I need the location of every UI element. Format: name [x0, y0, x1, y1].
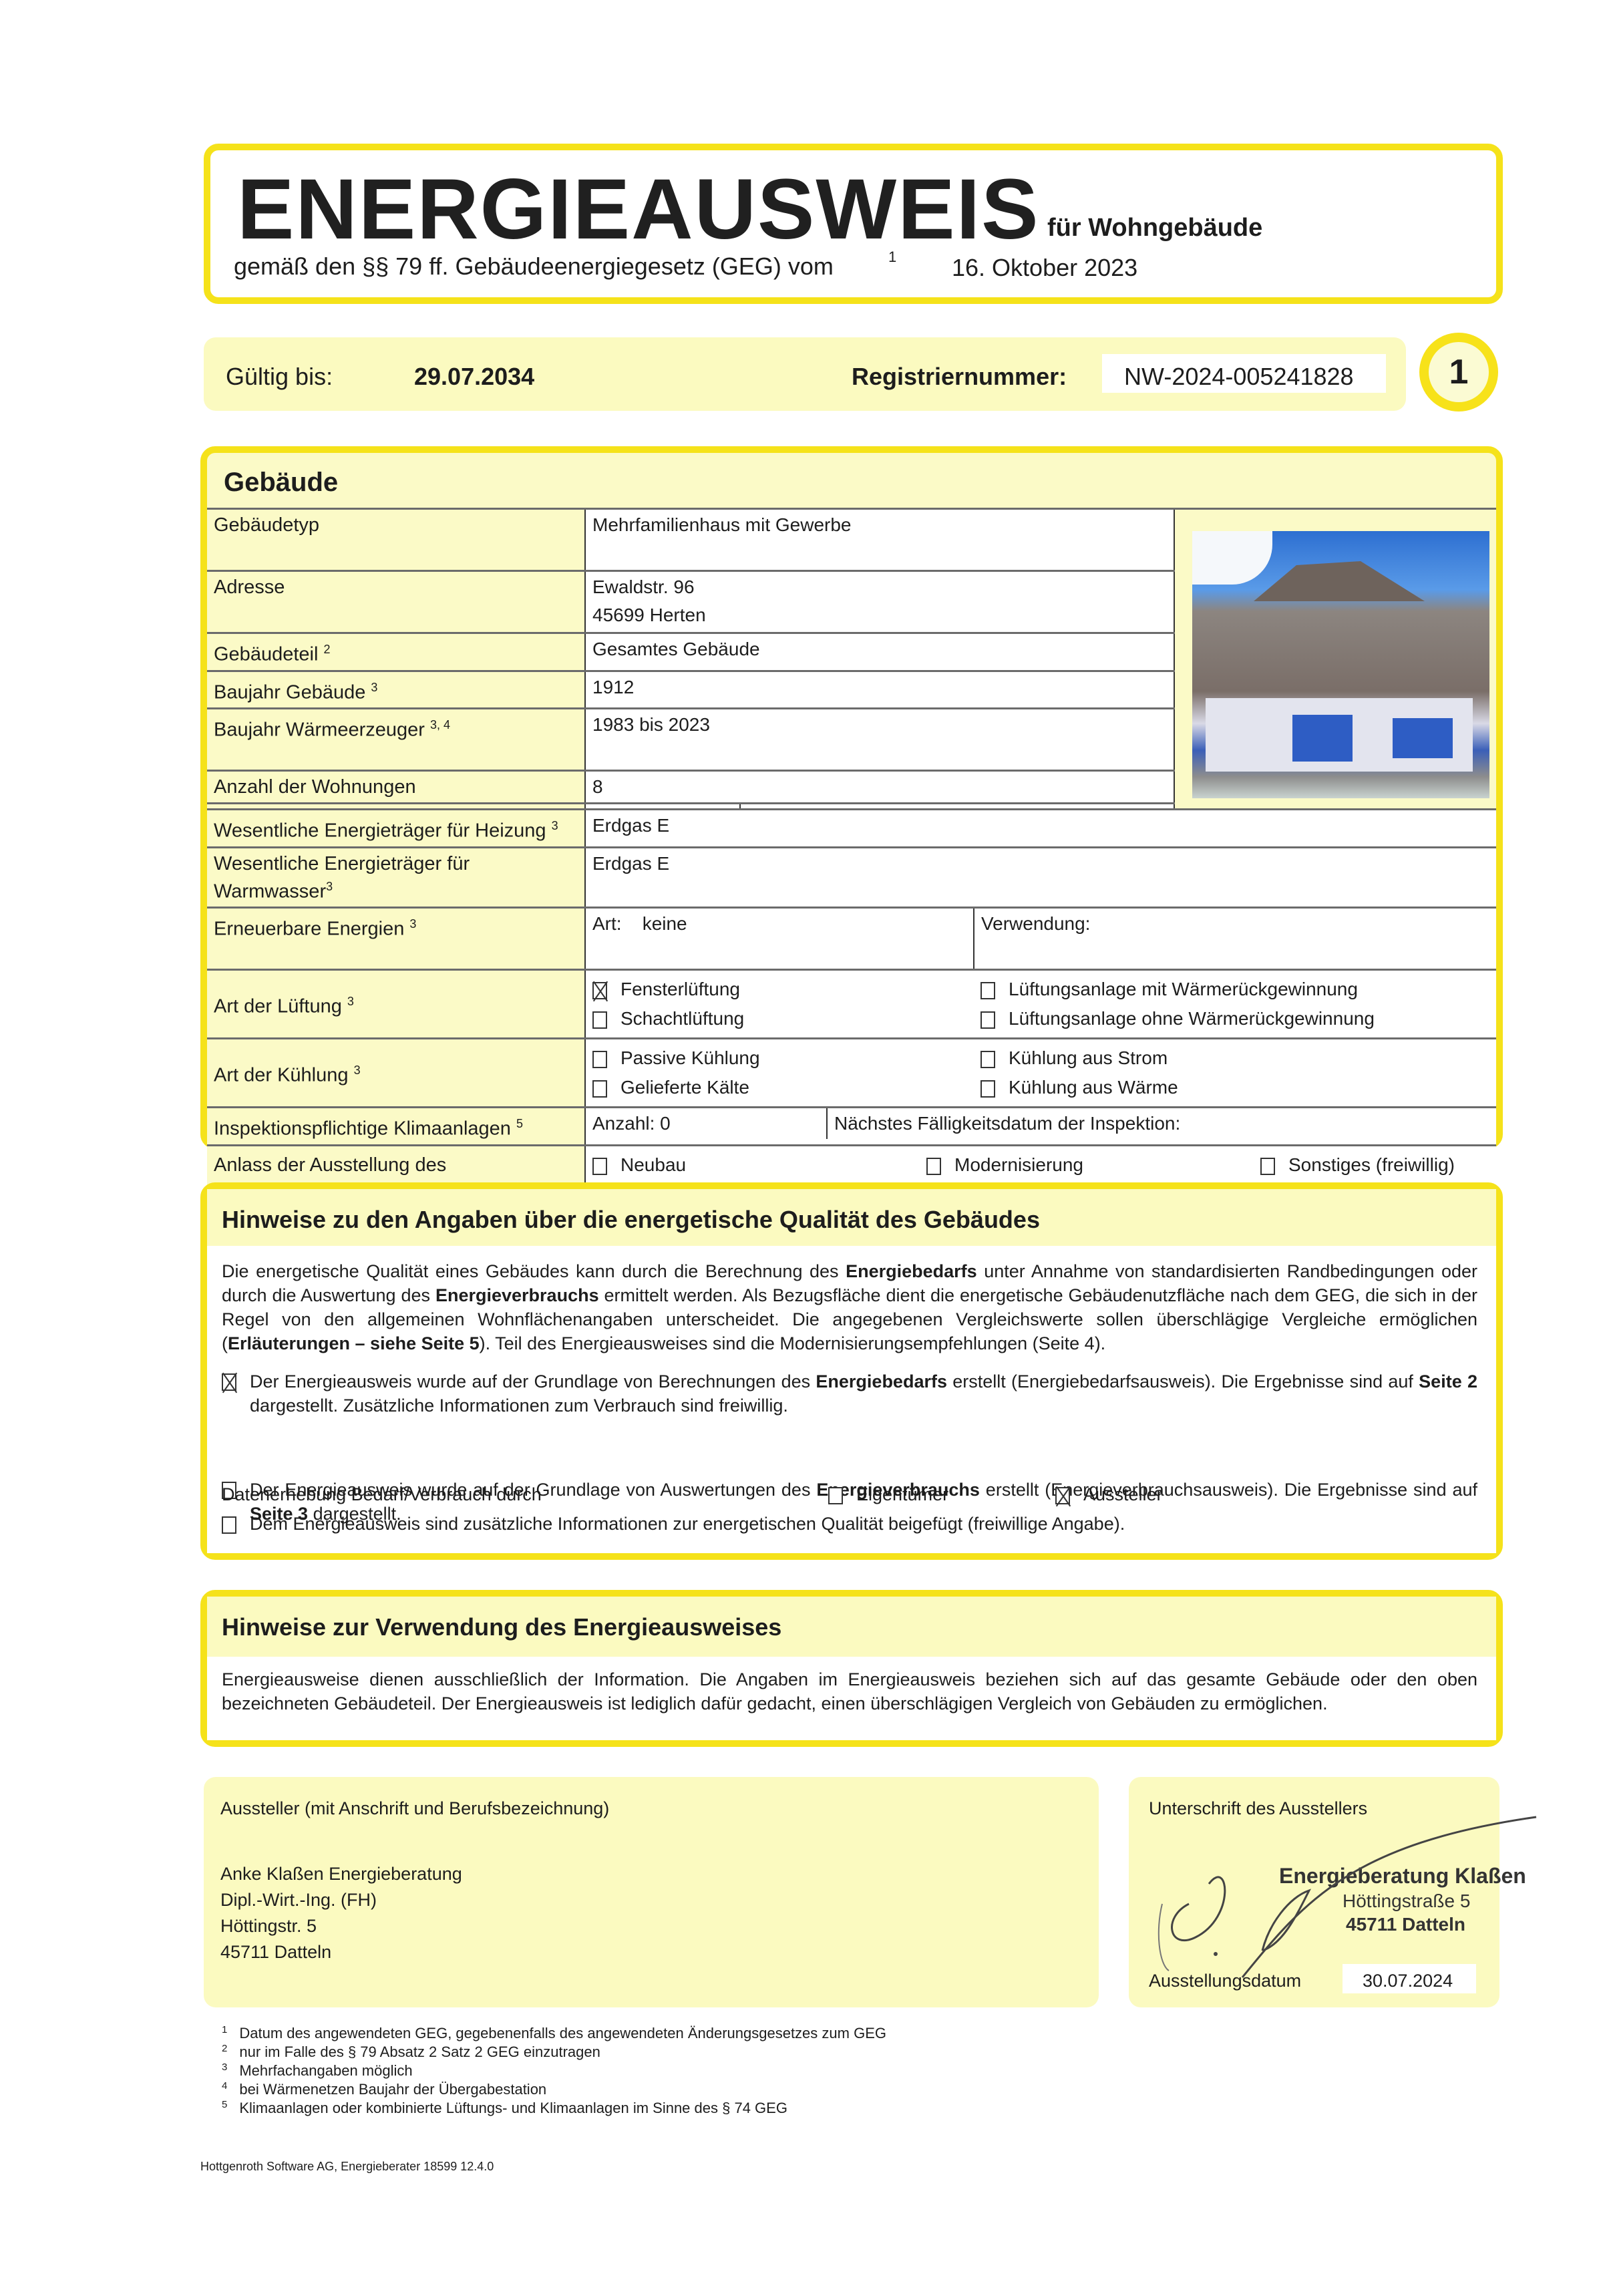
part-value: Gesamtes Gebäude — [585, 633, 1174, 671]
ventilation-option-label: Schachtlüftung — [620, 1008, 744, 1029]
page-number: 1 — [1449, 352, 1469, 392]
reason-label: Anlass der Ausstellung des — [214, 1150, 578, 1180]
cooling-option-checkbox[interactable] — [981, 1080, 995, 1098]
issuer-line: Höttingstr. 5 — [220, 1916, 317, 1937]
reason-option-checkbox[interactable] — [926, 1158, 941, 1175]
type-value: Mehrfamilienhaus mit Gewerbe — [585, 509, 1174, 571]
ac-next-date-label: Nächstes Fälligkeitsdatum der Inspektion… — [828, 1108, 1187, 1139]
renewables-use-label: Verwendung: — [974, 908, 1496, 970]
law-reference: gemäß den §§ 79 ff. Gebäudeenergiegesetz… — [234, 253, 834, 281]
building-section-title: Gebäude — [224, 468, 338, 498]
reason-option-checkbox[interactable] — [592, 1158, 607, 1175]
footnote: 5Klimaanlagen oder kombinierte Lüftungs-… — [222, 2099, 787, 2117]
quality-notes-paragraph: Die energetische Qualität eines Gebäudes… — [222, 1259, 1477, 1355]
year-heater-value: 1983 bis 2023 — [585, 709, 1174, 771]
units-label: Anzahl der Wohnungen — [207, 771, 585, 804]
ventilation-option-checkbox[interactable] — [592, 982, 607, 999]
address-label: Adresse — [207, 571, 585, 633]
renewables-art-label: Art: — [592, 913, 622, 934]
cooling-option-label: Kühlung aus Strom — [1009, 1047, 1168, 1068]
issuer-checkbox[interactable] — [1055, 1487, 1070, 1504]
cooling-option-label: Kühlung aus Wärme — [1009, 1077, 1178, 1098]
address-street: Ewaldstr. 96 — [592, 576, 1167, 599]
issuer-line: Dipl.-Wirt.-Ing. (FH) — [220, 1890, 377, 1911]
part-label: Gebäudeteil — [214, 644, 318, 665]
reason-option-label: Sonstiges (freiwillig) — [1288, 1154, 1455, 1175]
table-row: Wesentliche Energieträger für Heizung 3 … — [207, 810, 1496, 848]
table-row: Wesentliche Energieträger für Warmwasser… — [207, 847, 1496, 908]
reason-option-label: Neubau — [620, 1154, 686, 1175]
usage-notes-title: Hinweise zur Verwendung des Energieauswe… — [222, 1613, 781, 1641]
reason-option-label: Modernisierung — [954, 1154, 1083, 1175]
table-row: Inspektionspflichtige Klimaanlagen 5 Anz… — [207, 1108, 1496, 1146]
table-row: Art der Lüftung 3 Fensterlüftung Schacht… — [207, 970, 1496, 1039]
table-row: Art der Kühlung 3 Passive Kühlung Gelief… — [207, 1039, 1496, 1108]
document-title: ENERGIEAUSWEIS — [237, 160, 1040, 259]
issuer-box-label: Aussteller (mit Anschrift und Berufsbeze… — [220, 1798, 609, 1819]
cooling-option-checkbox[interactable] — [592, 1080, 607, 1098]
ventilation-option-label: Lüftungsanlage mit Wärmerückgewinnung — [1009, 979, 1358, 999]
type-label: Gebäudetyp — [207, 509, 585, 571]
ventilation-label: Art der Lüftung — [214, 996, 342, 1017]
document-subtitle: für Wohngebäude — [1047, 214, 1262, 242]
extra-info-checkbox[interactable] — [222, 1516, 236, 1534]
usage-notes-text: Energieausweise dienen ausschließlich de… — [222, 1667, 1477, 1715]
registration-number: NW-2024-005241828 — [1124, 363, 1354, 391]
ventilation-option-checkbox[interactable] — [981, 982, 995, 999]
extra-info-label: Dem Energieausweis sind zusätzliche Info… — [250, 1514, 1125, 1534]
owner-label: Eigentümer — [856, 1484, 948, 1504]
demand-certificate-option: Der Energieausweis wurde auf der Grundla… — [222, 1369, 1477, 1418]
footnote: 2nur im Falle des § 79 Absatz 2 Satz 2 G… — [222, 2043, 600, 2061]
year-building-value: 1912 — [585, 671, 1174, 709]
footnote: 1Datum des angewendeten GEG, gegebenenfa… — [222, 2024, 886, 2042]
law-date: 16. Oktober 2023 — [952, 254, 1137, 282]
table-row: Erneuerbare Energien 3 Art: keine Verwen… — [207, 908, 1496, 970]
handwritten-signature-icon — [1135, 1804, 1563, 2004]
ac-inspection-label: Inspektionspflichtige Klimaanlagen — [214, 1118, 511, 1140]
issuer-line: Anke Klaßen Energieberatung — [220, 1864, 462, 1884]
page-number-badge: 1 — [1419, 333, 1498, 412]
data-collection-label: Datenerhebung Bedarf/Verbrauch durch — [222, 1484, 542, 1505]
software-credit: Hottgenroth Software AG, Energieberater … — [200, 2160, 494, 2174]
cooling-option-label: Passive Kühlung — [620, 1047, 760, 1068]
footnote: 3Mehrfachangaben möglich — [222, 2062, 413, 2080]
address-city: 45699 Herten — [592, 604, 1167, 627]
registration-label: Registriernummer: — [852, 363, 1067, 391]
building-photo — [1192, 531, 1489, 798]
cooling-label: Art der Kühlung — [214, 1065, 349, 1086]
footnote: 4bei Wärmenetzen Baujahr der Übergabesta… — [222, 2080, 546, 2098]
ventilation-option-checkbox[interactable] — [981, 1011, 995, 1029]
ventilation-option-checkbox[interactable] — [592, 1011, 607, 1029]
cooling-option-checkbox[interactable] — [592, 1051, 607, 1068]
cooling-option-checkbox[interactable] — [981, 1051, 995, 1068]
reason-option-checkbox[interactable] — [1260, 1158, 1275, 1175]
year-building-label: Baujahr Gebäude — [214, 681, 365, 703]
ac-count: Anzahl: 0 — [586, 1108, 828, 1139]
quality-notes-title: Hinweise zu den Angaben über die energet… — [222, 1206, 1040, 1234]
year-heater-label: Baujahr Wärmeerzeuger — [214, 719, 425, 741]
issuer-line: 45711 Datteln — [220, 1942, 331, 1963]
demand-certificate-checkbox[interactable] — [222, 1373, 236, 1391]
energy-water-value: Erdgas E — [585, 847, 1496, 908]
energy-water-label: Wesentliche Energieträger für Warmwasser — [214, 853, 470, 903]
renewables-art-value: keine — [643, 913, 687, 934]
units-value: 8 — [585, 771, 1174, 804]
ventilation-option-label: Lüftungsanlage ohne Wärmerückgewinnung — [1009, 1008, 1375, 1029]
owner-checkbox[interactable] — [828, 1487, 843, 1504]
ventilation-option-label: Fensterlüftung — [620, 979, 740, 999]
energy-heating-value: Erdgas E — [585, 810, 1496, 848]
building-table-lower: Wesentliche Energieträger für Heizung 3 … — [207, 808, 1496, 1213]
valid-until-label: Gültig bis: — [226, 363, 333, 391]
issuer-label: Aussteller — [1083, 1484, 1163, 1504]
law-footnote-ref: 1 — [888, 249, 896, 266]
valid-until-date: 29.07.2034 — [414, 363, 534, 391]
cooling-option-label: Gelieferte Kälte — [620, 1077, 749, 1098]
energy-heating-label: Wesentliche Energieträger für Heizung — [214, 820, 546, 842]
renewables-label: Erneuerbare Energien — [214, 919, 404, 940]
